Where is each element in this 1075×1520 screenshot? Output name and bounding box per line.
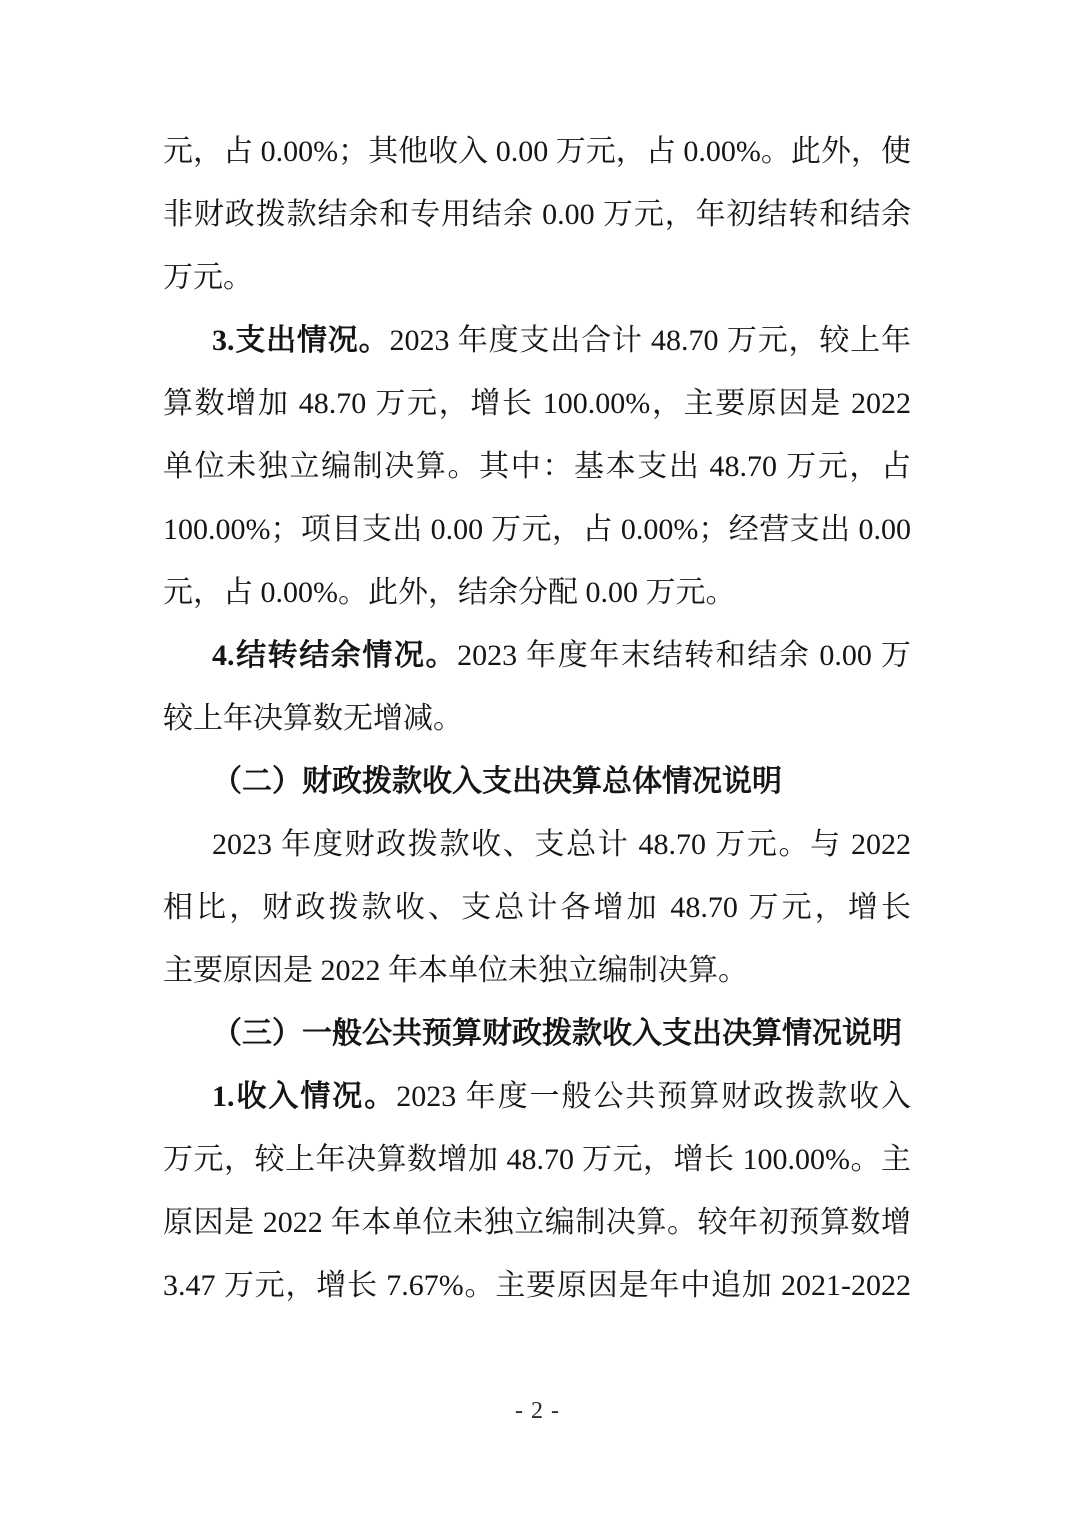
text-line: 较上年决算数无增减。 bbox=[163, 687, 911, 750]
paragraph-lead: 3.支出情况。 bbox=[212, 324, 389, 357]
text-line: 万元。 bbox=[163, 246, 911, 309]
heading-line: （二）财政拨款收入支出决算总体情况说明 bbox=[163, 750, 911, 813]
text-line: 元，占 0.00%；其他收入 0.00 万元，占 0.00%。此外，使用 bbox=[163, 120, 911, 183]
text-line: 非财政拨款结余和专用结余 0.00 万元，年初结转和结余 0.00 bbox=[163, 183, 911, 246]
text-line: 1.收入情况。2023 年度一般公共预算财政拨款收入 48.70 bbox=[163, 1065, 911, 1128]
text-line: 主要原因是 2022 年本单位未独立编制决算。 bbox=[163, 939, 911, 1002]
text-line: 100.00%；项目支出 0.00 万元，占 0.00%；经营支出 0.00 万 bbox=[163, 498, 911, 561]
section-heading: （三）一般公共预算财政拨款收入支出决算情况说明 bbox=[163, 1002, 911, 1065]
text-line: 万元，较上年决算数增加 48.70 万元，增长 100.00%。主要 bbox=[163, 1128, 911, 1191]
paragraph: 4.结转结余情况。2023 年度年末结转和结余 0.00 万元， 较上年决算数无… bbox=[163, 624, 911, 750]
text-line: 相比，财政拨款收、支总计各增加 48.70 万元，增长 100.00%。 bbox=[163, 876, 911, 939]
page-footer: - 2 - bbox=[0, 1398, 1075, 1425]
paragraph: 1.收入情况。2023 年度一般公共预算财政拨款收入 48.70 万元，较上年决… bbox=[163, 1065, 911, 1317]
page-number: - 2 - bbox=[515, 1398, 560, 1424]
text-line: 3.47 万元，增长 7.67%。主要原因是年中追加 2021-2022 年 bbox=[163, 1254, 911, 1317]
paragraph: 元，占 0.00%；其他收入 0.00 万元，占 0.00%。此外，使用 非财政… bbox=[163, 120, 911, 309]
document-page: 元，占 0.00%；其他收入 0.00 万元，占 0.00%。此外，使用 非财政… bbox=[0, 0, 1075, 1520]
document-body: 元，占 0.00%；其他收入 0.00 万元，占 0.00%。此外，使用 非财政… bbox=[163, 120, 911, 1317]
paragraph-lead: 1.收入情况。 bbox=[212, 1080, 396, 1113]
text-line: 2023 年度财政拨款收、支总计 48.70 万元。与 2022 年 bbox=[163, 813, 911, 876]
section-heading: （二）财政拨款收入支出决算总体情况说明 bbox=[163, 750, 911, 813]
text-line: 算数增加 48.70 万元，增长 100.00%，主要原因是 2022 年本 bbox=[163, 372, 911, 435]
text-line: 元，占 0.00%。此外，结余分配 0.00 万元。 bbox=[163, 561, 911, 624]
paragraph-lead: 4.结转结余情况。 bbox=[212, 639, 457, 672]
text-line: 4.结转结余情况。2023 年度年末结转和结余 0.00 万元， bbox=[163, 624, 911, 687]
heading-line: （三）一般公共预算财政拨款收入支出决算情况说明 bbox=[163, 1002, 911, 1065]
paragraph: 3.支出情况。2023 年度支出合计 48.70 万元，较上年决 算数增加 48… bbox=[163, 309, 911, 624]
text-line: 3.支出情况。2023 年度支出合计 48.70 万元，较上年决 bbox=[163, 309, 911, 372]
text-line: 单位未独立编制决算。其中：基本支出 48.70 万元，占 bbox=[163, 435, 911, 498]
paragraph: 2023 年度财政拨款收、支总计 48.70 万元。与 2022 年 相比，财政… bbox=[163, 813, 911, 1002]
text-line: 原因是 2022 年本单位未独立编制决算。较年初预算数增加 bbox=[163, 1191, 911, 1254]
